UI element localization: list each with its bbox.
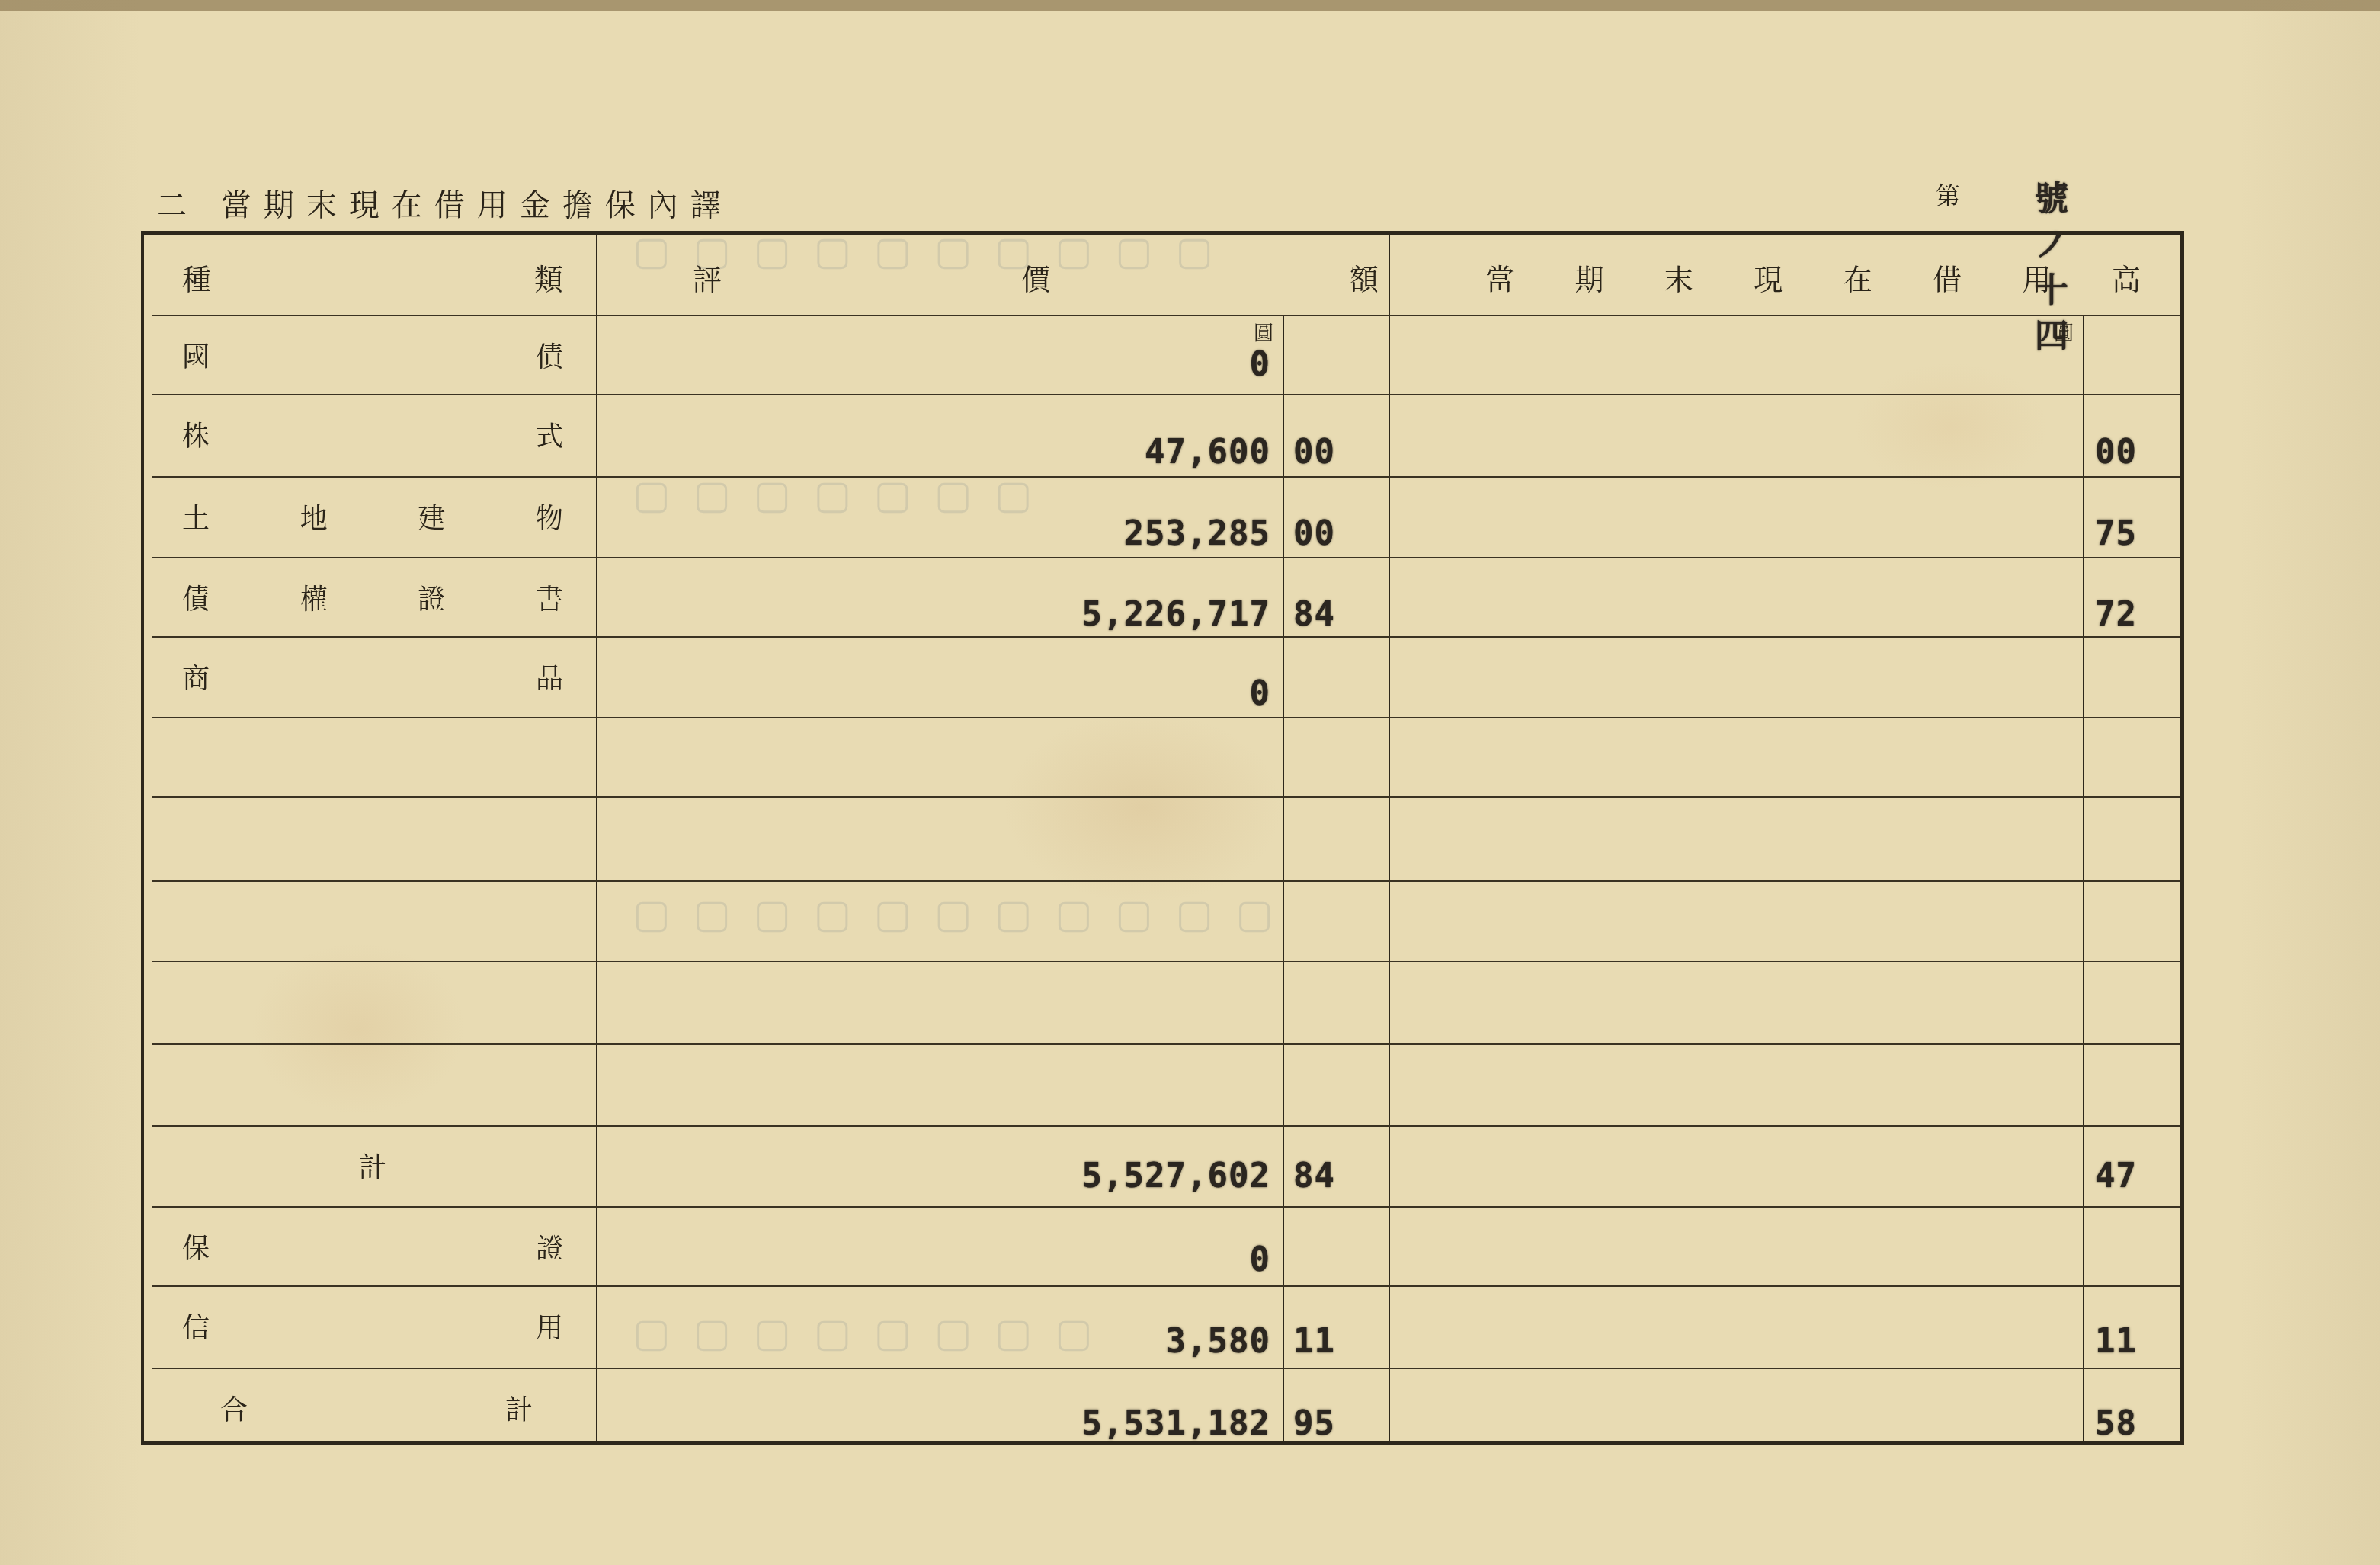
row-rule [152, 717, 2180, 718]
valuation-yen: 3,580 [144, 1319, 1270, 1365]
balance-yen: 0 [1394, 342, 2380, 388]
valuation-yen: 0 [144, 342, 1270, 388]
valuation-sen: 84 [1293, 592, 1377, 638]
header-char: 在 [1843, 256, 1872, 298]
valuation-yen: 5,531,182 [144, 1401, 1270, 1447]
valuation-yen: 47,600 [144, 430, 1270, 475]
balance-sen: 47 [2095, 1154, 2179, 1199]
valuation-sen: 11 [1293, 1319, 1377, 1365]
balance-yen: 2,574,972 [1394, 1401, 2380, 1447]
valuation-sen: 00 [1293, 511, 1377, 557]
valuation-yen: 0 [144, 671, 1270, 717]
header-char: 類 [534, 256, 563, 298]
header-char: 評 [693, 256, 722, 298]
page-number-value: 號ノ十四 [2035, 177, 2073, 222]
row-rule [152, 880, 2180, 882]
page-number: 第號ノ十四 [1936, 177, 2035, 212]
header-char: 價 [1021, 256, 1050, 298]
balance-sen: 72 [2095, 592, 2179, 638]
header-char: 末 [1664, 256, 1693, 298]
header-char: 種 [182, 256, 211, 298]
column-divider-valuation-sen [1283, 315, 1284, 1441]
header-balance: 當 期 末 現 在 借 用 高 [1485, 235, 2141, 318]
balance-sen: 75 [2095, 511, 2179, 557]
header-char: 用 [2023, 256, 2052, 298]
header-char: 額 [1350, 256, 1379, 298]
balance-yen: 139,306 [1394, 511, 2380, 557]
valuation-sen: 00 [1293, 430, 1377, 475]
row-rule [152, 961, 2180, 962]
header-valuation: 評 價 額 [693, 235, 1379, 318]
row-rule [152, 1043, 2180, 1045]
balance-yen: 3,580 [1394, 1319, 2380, 1365]
header-kind: 種 類 [182, 235, 563, 318]
row-rule [152, 796, 2180, 798]
valuation-yen: 5,527,602 [144, 1154, 1270, 1199]
section-title: 二 當期末現在借用金擔保內譯 [156, 181, 733, 225]
header-char: 當 [1485, 256, 1514, 298]
balance-yen: 26,180 [1394, 430, 2380, 475]
column-divider-main [1389, 235, 1390, 1441]
header-char: 期 [1574, 256, 1603, 298]
header-char: 高 [2112, 256, 2141, 298]
page-number-prefix: 第 [1936, 177, 2035, 212]
balance-yen: 0 [1394, 671, 2380, 717]
header-char: 借 [1933, 256, 1962, 298]
valuation-yen: 253,285 [144, 511, 1270, 557]
collateral-breakdown-table: 種 類 評 價 額 當 期 末 現 在 借 用 高 圓 圓 國 債 0 0 株 … [141, 231, 2184, 1445]
balance-yen: 2,405,905 [1394, 592, 2380, 638]
balance-sen: 58 [2095, 1401, 2179, 1447]
balance-sen: 00 [2095, 430, 2179, 475]
valuation-sen: 95 [1293, 1401, 1377, 1447]
balance-yen: 0 [1394, 1237, 2380, 1283]
header-char: 現 [1754, 256, 1783, 298]
valuation-sen: 84 [1293, 1154, 1377, 1199]
balance-yen: 2,571,392 [1394, 1154, 2380, 1199]
valuation-yen: 0 [144, 1237, 1270, 1283]
valuation-yen: 5,226,717 [144, 592, 1270, 638]
balance-sen: 11 [2095, 1319, 2179, 1365]
